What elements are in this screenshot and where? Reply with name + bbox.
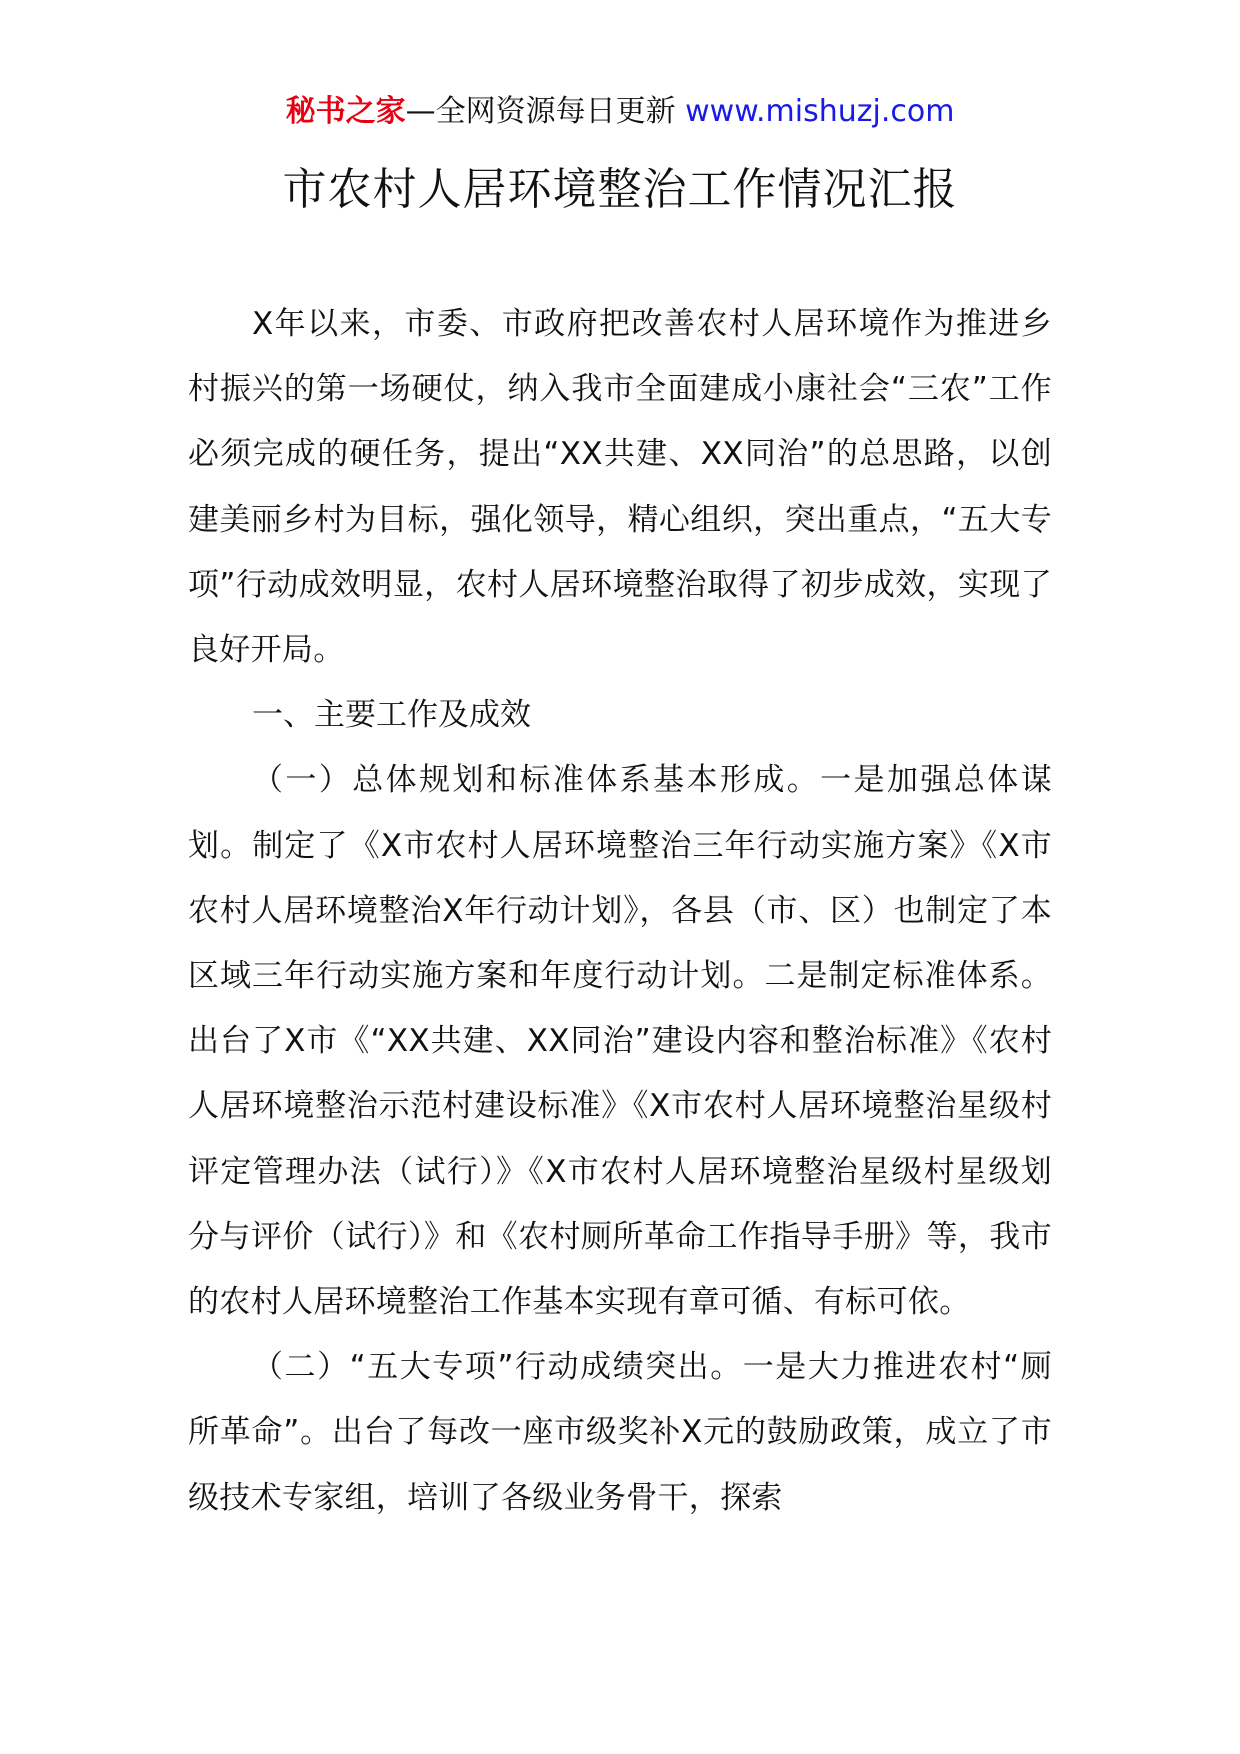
site-header-banner: 秘书之家—全网资源每日更新 www.mishuzj.com — [0, 92, 1240, 132]
paragraph-subsection-1: （一）总体规划和标准体系基本形成。一是加强总体谋划。制定了《X市农村人居环境整治… — [188, 748, 1052, 1335]
section-heading-1: 一、主要工作及成效 — [188, 683, 1052, 748]
document-body: X年以来，市委、市政府把改善农村人居环境作为推进乡村振兴的第一场硬仗，纳入我市全… — [188, 292, 1052, 1531]
document-title: 市农村人居环境整治工作情况汇报 — [0, 160, 1240, 220]
paragraph-subsection-2: （二）“五大专项”行动成绩突出。一是大力推进农村“厕所革命”。出台了每改一座市级… — [188, 1335, 1052, 1531]
tagline: —全网资源每日更新 — [406, 94, 686, 129]
paragraph-intro: X年以来，市委、市政府把改善农村人居环境作为推进乡村振兴的第一场硬仗，纳入我市全… — [188, 292, 1052, 683]
brand-name: 秘书之家 — [286, 94, 406, 129]
site-url-link[interactable]: www.mishuzj.com — [685, 94, 954, 129]
